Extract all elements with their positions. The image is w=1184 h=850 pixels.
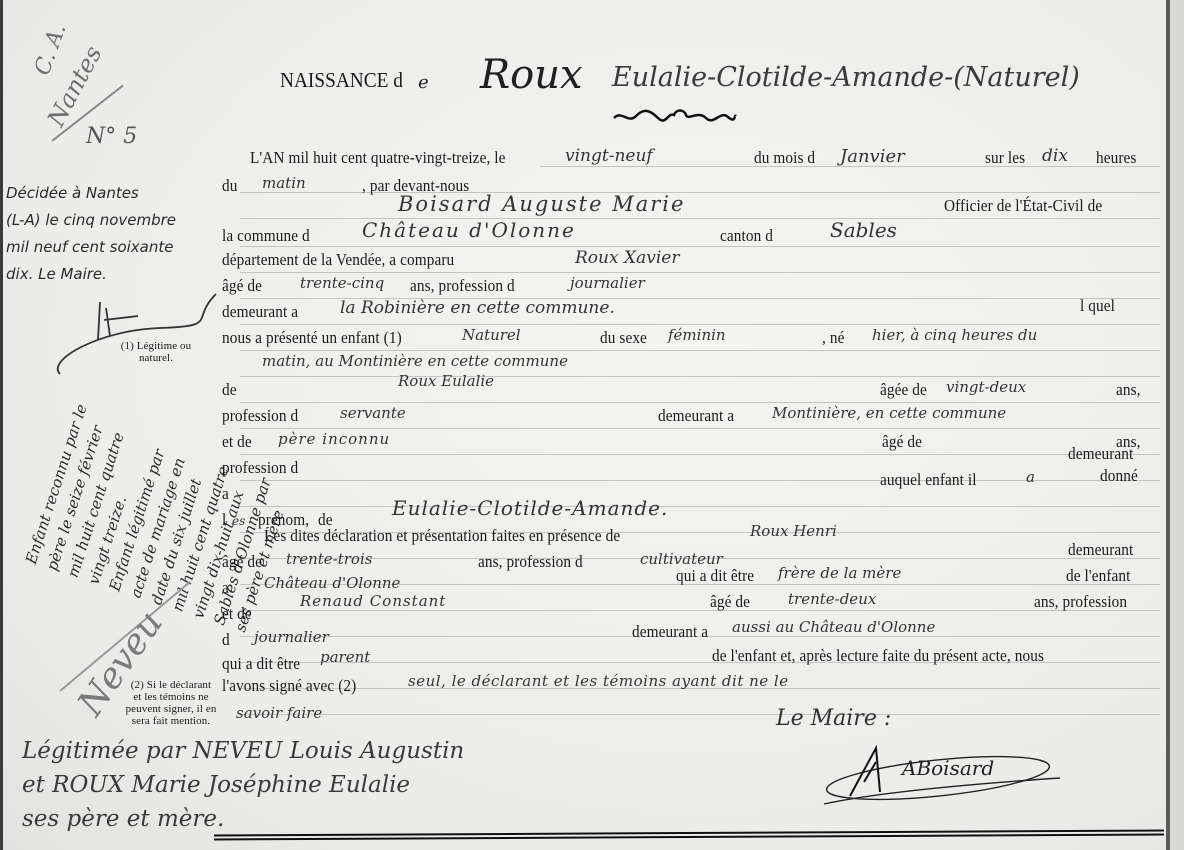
printed-line-14b: auquel enfant il <box>880 470 977 490</box>
printed-line-12a: et de <box>222 432 252 452</box>
hw-signed-with-2: savoir faire <box>236 704 322 722</box>
hw-officer: Boisard Auguste Marie <box>398 192 685 216</box>
printed-line-20b: demeurant a <box>632 622 708 642</box>
footnote-1-line: (1) Légitime ou <box>96 340 216 352</box>
footnote-2-line: peuvent signer, il en <box>116 703 226 715</box>
hw-witness2-age: trente-deux <box>788 590 876 608</box>
printed-line-18c: de l'enfant <box>1066 566 1131 586</box>
title-flourish-ornament <box>612 106 738 126</box>
ruled-line <box>240 324 1160 325</box>
ruled-line <box>240 454 1160 455</box>
printed-line-1b: du mois d <box>754 148 815 168</box>
printed-line-19b: âgé de <box>710 592 750 612</box>
hw-birth-place: matin, au Montinière en cette commune <box>262 352 568 370</box>
printed-line-17a: âgé de <box>222 552 262 572</box>
ruled-line <box>240 610 1160 611</box>
printed-line-11a: profession d <box>222 406 298 426</box>
printed-line-8a: nous a présenté un enfant (1) <box>222 328 402 348</box>
hw-witness1-relation: frère de la mère <box>778 564 901 582</box>
printed-line-14a: a <box>222 484 229 504</box>
footnote-2-line: et les témoins ne <box>116 691 226 703</box>
footnote-2-line: (2) Si le déclarant <box>116 679 226 691</box>
title-printed: NAISSANCE d <box>280 68 403 92</box>
hw-mother-profession: servante <box>340 404 406 422</box>
hw-given-names: Eulalie-Clotilde-Amande. <box>392 496 668 520</box>
printed-line-17b: ans, profession d <box>478 552 583 572</box>
printed-line-4b: canton d <box>720 226 773 246</box>
hw-commune: Château d'Olonne <box>362 218 576 242</box>
printed-line-8b: du sexe <box>600 328 647 348</box>
printed-line-19a: et de <box>222 604 252 624</box>
printed-line-1d: heures <box>1096 148 1136 168</box>
footnote-2-line: sera fait mention. <box>116 715 226 727</box>
hw-canton: Sables <box>830 218 897 242</box>
printed-line-5: département de la Vendée, a comparu <box>222 250 454 270</box>
printed-line-10b: âgée de <box>880 380 927 400</box>
printed-line-7b: l quel <box>1080 296 1115 316</box>
printed-line-1a: L'AN mil huit cent quatre-vingt-treize, … <box>250 148 506 168</box>
hw-witness1: Roux Henri <box>750 522 837 540</box>
decision-note-line: (L-A) le cinq novembre <box>6 207 176 234</box>
footnote-2: (2) Si le déclarant et les témoins ne pe… <box>116 679 226 727</box>
printed-line-21b: de l'enfant et, après lecture faite du p… <box>712 646 1044 666</box>
printed-line-10a: de <box>222 380 237 400</box>
hw-day: vingt-neuf <box>565 146 653 166</box>
hw-witness2-relation: parent <box>320 648 370 666</box>
printed-line-6a: âgé de <box>222 276 262 296</box>
ruled-line <box>240 350 1160 351</box>
printed-line-4a: la commune d <box>222 226 310 246</box>
printed-line-7a: demeurant a <box>222 302 298 322</box>
ruled-line <box>240 480 1160 481</box>
ruled-line <box>240 428 1160 429</box>
register-page: NAISSANCE d e Roux Eulalie-Clotilde-Aman… <box>0 0 1168 850</box>
hw-signed-with: seul, le déclarant et les témoins ayant … <box>408 672 789 690</box>
page-margin-strip <box>1170 0 1184 850</box>
hw-witness1-residence: Château d'Olonne <box>264 574 400 592</box>
printed-line-15a: l <box>222 510 226 530</box>
decision-note-line: mil neuf cent soixante <box>6 234 176 261</box>
bottom-note-line: et ROUX Marie Joséphine Eulalie <box>22 768 464 802</box>
ruled-line <box>240 506 1160 507</box>
hw-witness2-profession: journalier <box>254 628 329 646</box>
hw-declarant-profession: journalier <box>570 274 645 292</box>
printed-line-13a: profession d <box>222 458 298 478</box>
footnote-1: (1) Légitime ou naturel. <box>96 340 216 364</box>
hw-born: hier, à cinq heures du <box>872 326 1037 344</box>
printed-line-3: Officier de l'État-Civil de <box>944 196 1102 216</box>
printed-line-10c: ans, <box>1116 380 1141 400</box>
printed-line-16: Les dites déclaration et présentation fa… <box>264 526 620 546</box>
hw-month: Janvier <box>840 146 905 167</box>
bottom-note-line: Légitimée par NEVEU Louis Augustin <box>22 734 464 768</box>
printed-line-1c: sur les <box>985 148 1025 168</box>
hw-father: père inconnu <box>278 430 390 448</box>
ruled-line <box>240 714 1160 715</box>
hw-hour: dix <box>1042 146 1068 166</box>
hw-mother-age: vingt-deux <box>946 378 1026 396</box>
printed-line-14c: donné <box>1100 466 1138 486</box>
hw-witness2-residence: aussi au Château d'Olonne <box>732 618 935 636</box>
mayor-label: Le Maire : <box>776 706 891 731</box>
bottom-note-line: ses père et mère. <box>22 802 464 836</box>
hw-declarant: Roux Xavier <box>575 248 679 268</box>
ruled-line <box>240 272 1160 273</box>
hw-given-article: es <box>232 514 245 528</box>
margin-ca: C. A. <box>30 20 72 78</box>
hw-declarant-age: trente-cinq <box>300 274 384 292</box>
printed-line-13b: demeurant <box>1068 444 1133 464</box>
printed-line-18b: qui a dit être <box>676 566 754 586</box>
ruled-line <box>240 246 1160 247</box>
printed-line-12b: âgé de <box>882 432 922 452</box>
signature-name: ABoisard <box>902 756 994 780</box>
printed-line-20a: d <box>222 630 230 650</box>
decision-note-line: Décidée à Nantes <box>6 180 176 207</box>
title-article: e <box>418 72 429 93</box>
record-title: NAISSANCE d <box>280 68 403 93</box>
title-given-names: Eulalie-Clotilde-Amande-(Naturel) <box>612 62 1080 93</box>
printed-line-19c: ans, profession <box>1034 592 1127 612</box>
hw-child-status: Naturel <box>462 326 521 344</box>
record-number: N° 5 <box>86 124 137 149</box>
printed-line-11b: demeurant a <box>658 406 734 426</box>
hw-given-a: a <box>1026 468 1035 486</box>
footnote-1-line: naturel. <box>96 352 216 364</box>
title-surname: Roux <box>480 52 583 98</box>
printed-line-2a: du <box>222 176 237 196</box>
hw-period: matin <box>262 174 306 192</box>
printed-line-8c: , né <box>822 328 844 348</box>
printed-line-6b: ans, profession d <box>410 276 515 296</box>
printed-line-17c: demeurant <box>1068 540 1133 560</box>
decision-note: Décidée à Nantes (L-A) le cinq novembre … <box>6 180 176 288</box>
page-left-edge <box>0 0 3 850</box>
hw-declarant-residence: la Robinière en cette commune. <box>340 298 615 318</box>
hw-child-sex: féminin <box>668 326 726 344</box>
ruled-line <box>240 402 1160 403</box>
mayor-initials-signature <box>40 290 220 380</box>
hw-mother-residence: Montinière, en cette commune <box>772 404 1006 422</box>
printed-line-22: l'avons signé avec (2) <box>222 676 356 696</box>
legitimation-bottom-note: Légitimée par NEVEU Louis Augustin et RO… <box>22 734 464 836</box>
decision-note-line: dix. Le Maire. <box>6 261 176 288</box>
hw-mother: Roux Eulalie <box>398 372 494 390</box>
printed-line-18a: a <box>222 578 229 598</box>
printed-line-21a: qui a dit être <box>222 654 300 674</box>
hw-witness1-age: trente-trois <box>286 550 372 568</box>
hw-witness2: Renaud Constant <box>300 592 446 610</box>
ruled-line <box>240 376 1160 377</box>
